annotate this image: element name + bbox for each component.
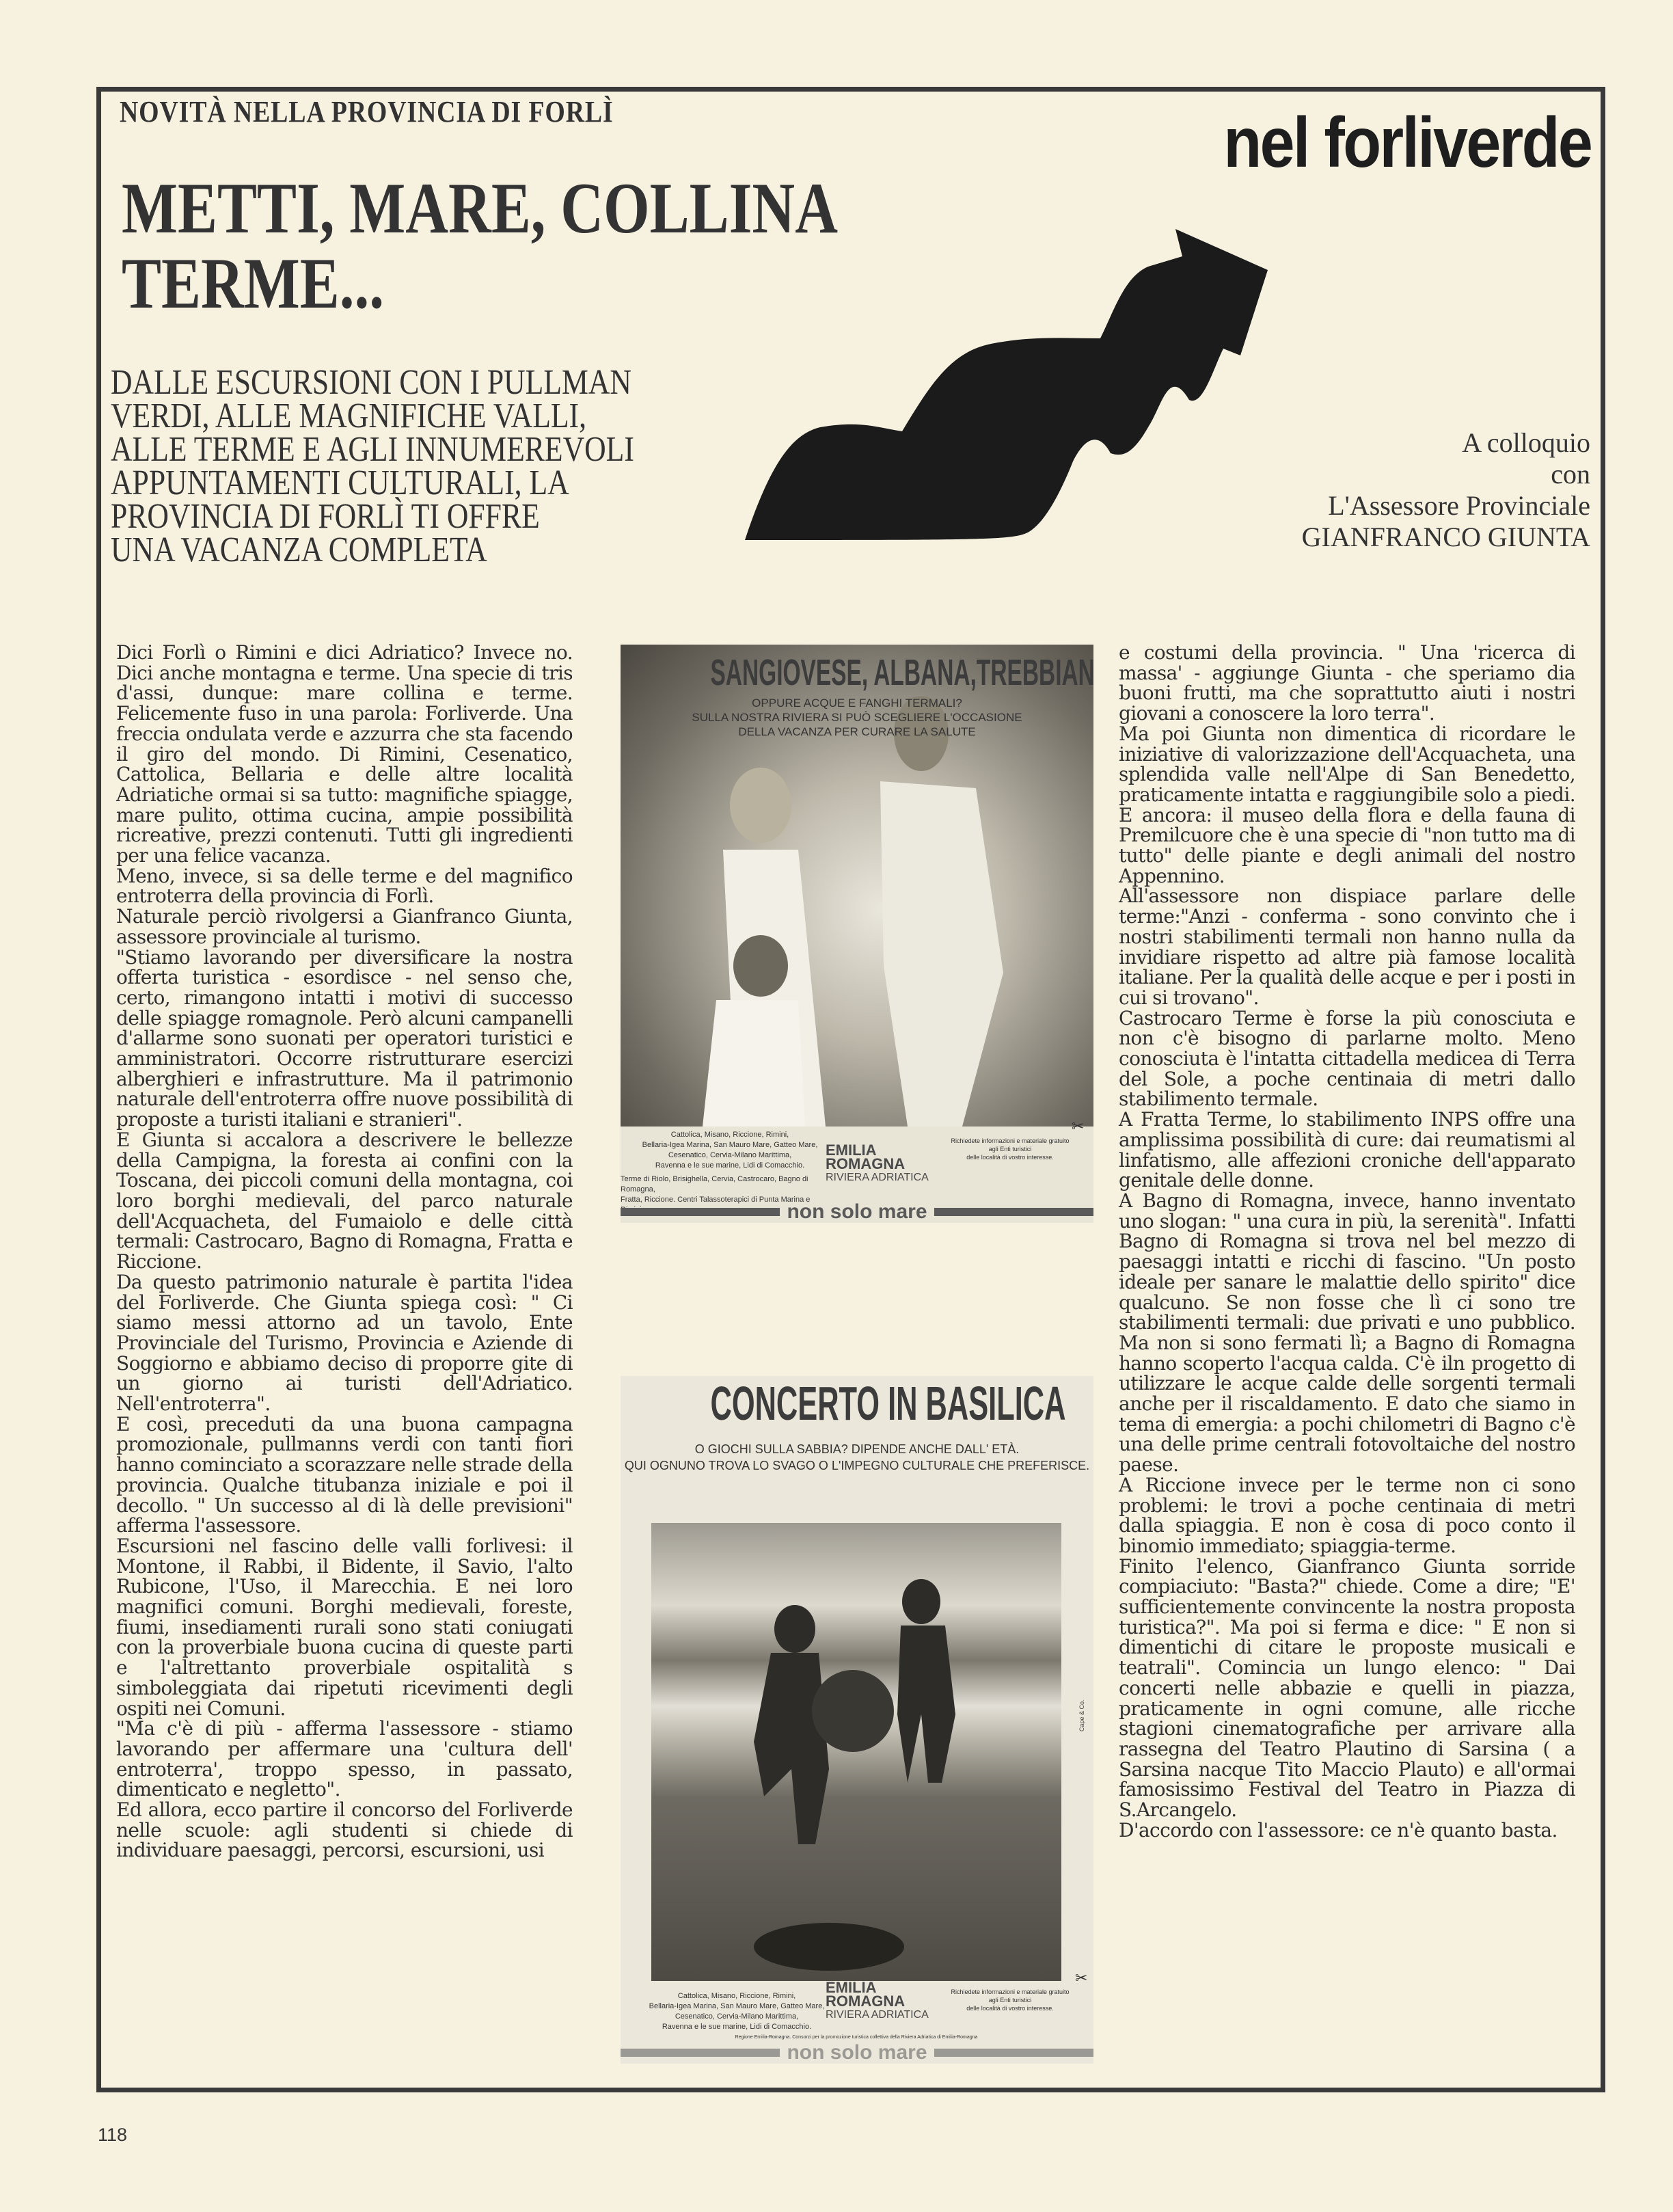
paragraph: D'accordo con l'assessore: ce n'è quanto… [1119,1820,1575,1841]
paragraph: A Bagno di Romagna, invece, hanno invent… [1119,1191,1575,1475]
divider [621,1208,780,1216]
paragraph: "Stiamo lavorando per diversificare la n… [116,947,573,1130]
byline-name: GIANFRANCO GIUNTA [1302,522,1590,553]
paragraph: Dici Forlì o Rimini e dici Adriatico? In… [116,643,573,866]
emilia-romagna-logo: EMILIA ROMAGNA RIVIERA ADRIATICA [826,1144,929,1185]
paragraph: e costumi della provincia. " Una 'ricerc… [1119,643,1575,724]
article-column-left: Dici Forlì o Rimini e dici Adriatico? In… [116,643,573,1861]
byline-line: L'Assessore Provinciale [1302,490,1590,522]
paragraph: Ma poi Giunta non dimentica di ricordare… [1119,724,1575,887]
byline-line: A colloquio [1302,427,1590,459]
subhead-line: APPUNTAMENTI CULTURALI, LA [111,466,634,500]
page-title: METTI, MARE, COLLINA TERME... [122,171,838,321]
subhead-line: UNA VACANZA COMPLETA [111,533,634,567]
divider [621,2049,780,2057]
logo-line: RIVIERA ADRIATICA [826,1171,929,1185]
scissors-icon: ✂ [1075,1969,1087,1987]
paragraph: Castrocaro Terme è forse la più conosciu… [1119,1008,1575,1110]
paragraph: Escursioni nel fascino delle valli forli… [116,1536,573,1718]
logo-line: ROMAGNA [826,1995,929,2008]
page-number: 118 [98,2125,127,2146]
paragraph: Finito l'elenco, Gianfranco Giunta sorri… [1119,1556,1575,1820]
interview-byline: A colloquio con L'Assessore Provinciale … [1302,427,1590,553]
advertisement-wine-spa: SANGIOVESE, ALBANA,TREBBIANO OPPURE ACQU… [621,645,1093,1223]
subhead-line: PROVINCIA DI FORLÌ TI OFFRE [111,500,634,533]
ad-town-list: Cattolica, Misano, Riccione, Rimini, Bel… [641,1130,819,1171]
headline-line: TERME... [122,246,838,321]
paragraph: A Riccione invece per le terme non ci so… [1119,1475,1575,1556]
paragraph: All'assessore non dispiace parlare delle… [1119,886,1575,1008]
ad-subheadline: OPPURE ACQUE E FANGHI TERMALI? SULLA NOS… [621,696,1093,739]
paragraph: Naturale perciò rivolgersi a Gianfranco … [116,906,573,947]
ad-town-list: Cattolica, Misano, Riccione, Rimini, Bel… [648,1991,826,2032]
forliverde-logo-text: nel forliverde [1223,103,1591,184]
advertisement-concert-beach: CONCERTO IN BASILICA O GIOCHI SULLA SABB… [621,1376,1093,2064]
ad-tagline: non solo mare [780,1200,934,1223]
paragraph: Da questo patrimonio naturale è partita … [116,1272,573,1414]
divider [934,1208,1093,1216]
paragraph: E così, preceduti da una buona campagna … [116,1414,573,1536]
section-kicker: NOVITÀ NELLA PROVINCIA DI FORLÌ [120,94,614,129]
logo-line: ROMAGNA [826,1157,929,1171]
coupon-text: Richiedete informazioni e materiale grat… [942,1988,1078,2012]
children-silhouette-icon [651,1523,1061,1981]
subhead-line: ALLE TERME E AGLI INNUMEREVOLI [111,433,634,466]
emilia-romagna-logo: EMILIA ROMAGNA RIVIERA ADRIATICA [826,1981,929,2022]
paragraph: "Ma c'è di più - afferma l'assessore - s… [116,1718,573,1800]
logo-line: RIVIERA ADRIATICA [826,2008,929,2022]
scissors-icon: ✂ [1072,1118,1084,1135]
paragraph: Ed allora, ecco partire il concorso del … [116,1800,573,1861]
ad-tagline: non solo mare [780,2041,934,2064]
subheadline: DALLE ESCURSIONI CON I PULLMAN VERDI, AL… [111,366,634,567]
paragraph: Meno, invece, si sa delle terme e del ma… [116,866,573,906]
paragraph: E Giunta si accalora a descrivere le bel… [116,1130,573,1272]
ad-tagline-bar: non solo mare [621,2045,1093,2061]
article-column-right: e costumi della provincia. " Una 'ricerc… [1119,643,1575,1840]
divider [934,2049,1093,2057]
ad-headline: SANGIOVESE, ALBANA,TREBBIANO [710,651,1003,694]
subhead-line: DALLE ESCURSIONI CON I PULLMAN [111,366,634,399]
byline-line: con [1302,459,1590,490]
ad-tagline-bar: non solo mare [621,1204,1093,1220]
ad-subheadline: O GIOCHI SULLA SABBIA? DIPENDE ANCHE DAL… [621,1441,1093,1474]
paragraph: A Fratta Terme, lo stabilimento INPS off… [1119,1109,1575,1191]
headline-line: METTI, MARE, COLLINA [122,171,838,246]
photo-credit: Cape & Co. [1078,1699,1085,1731]
ad-headline: CONCERTO IN BASILICA [710,1376,1003,1431]
subhead-line: VERDI, ALLE MAGNIFICHE VALLI, [111,399,634,433]
coupon-text: Richiedete informazioni e materiale grat… [942,1137,1078,1161]
